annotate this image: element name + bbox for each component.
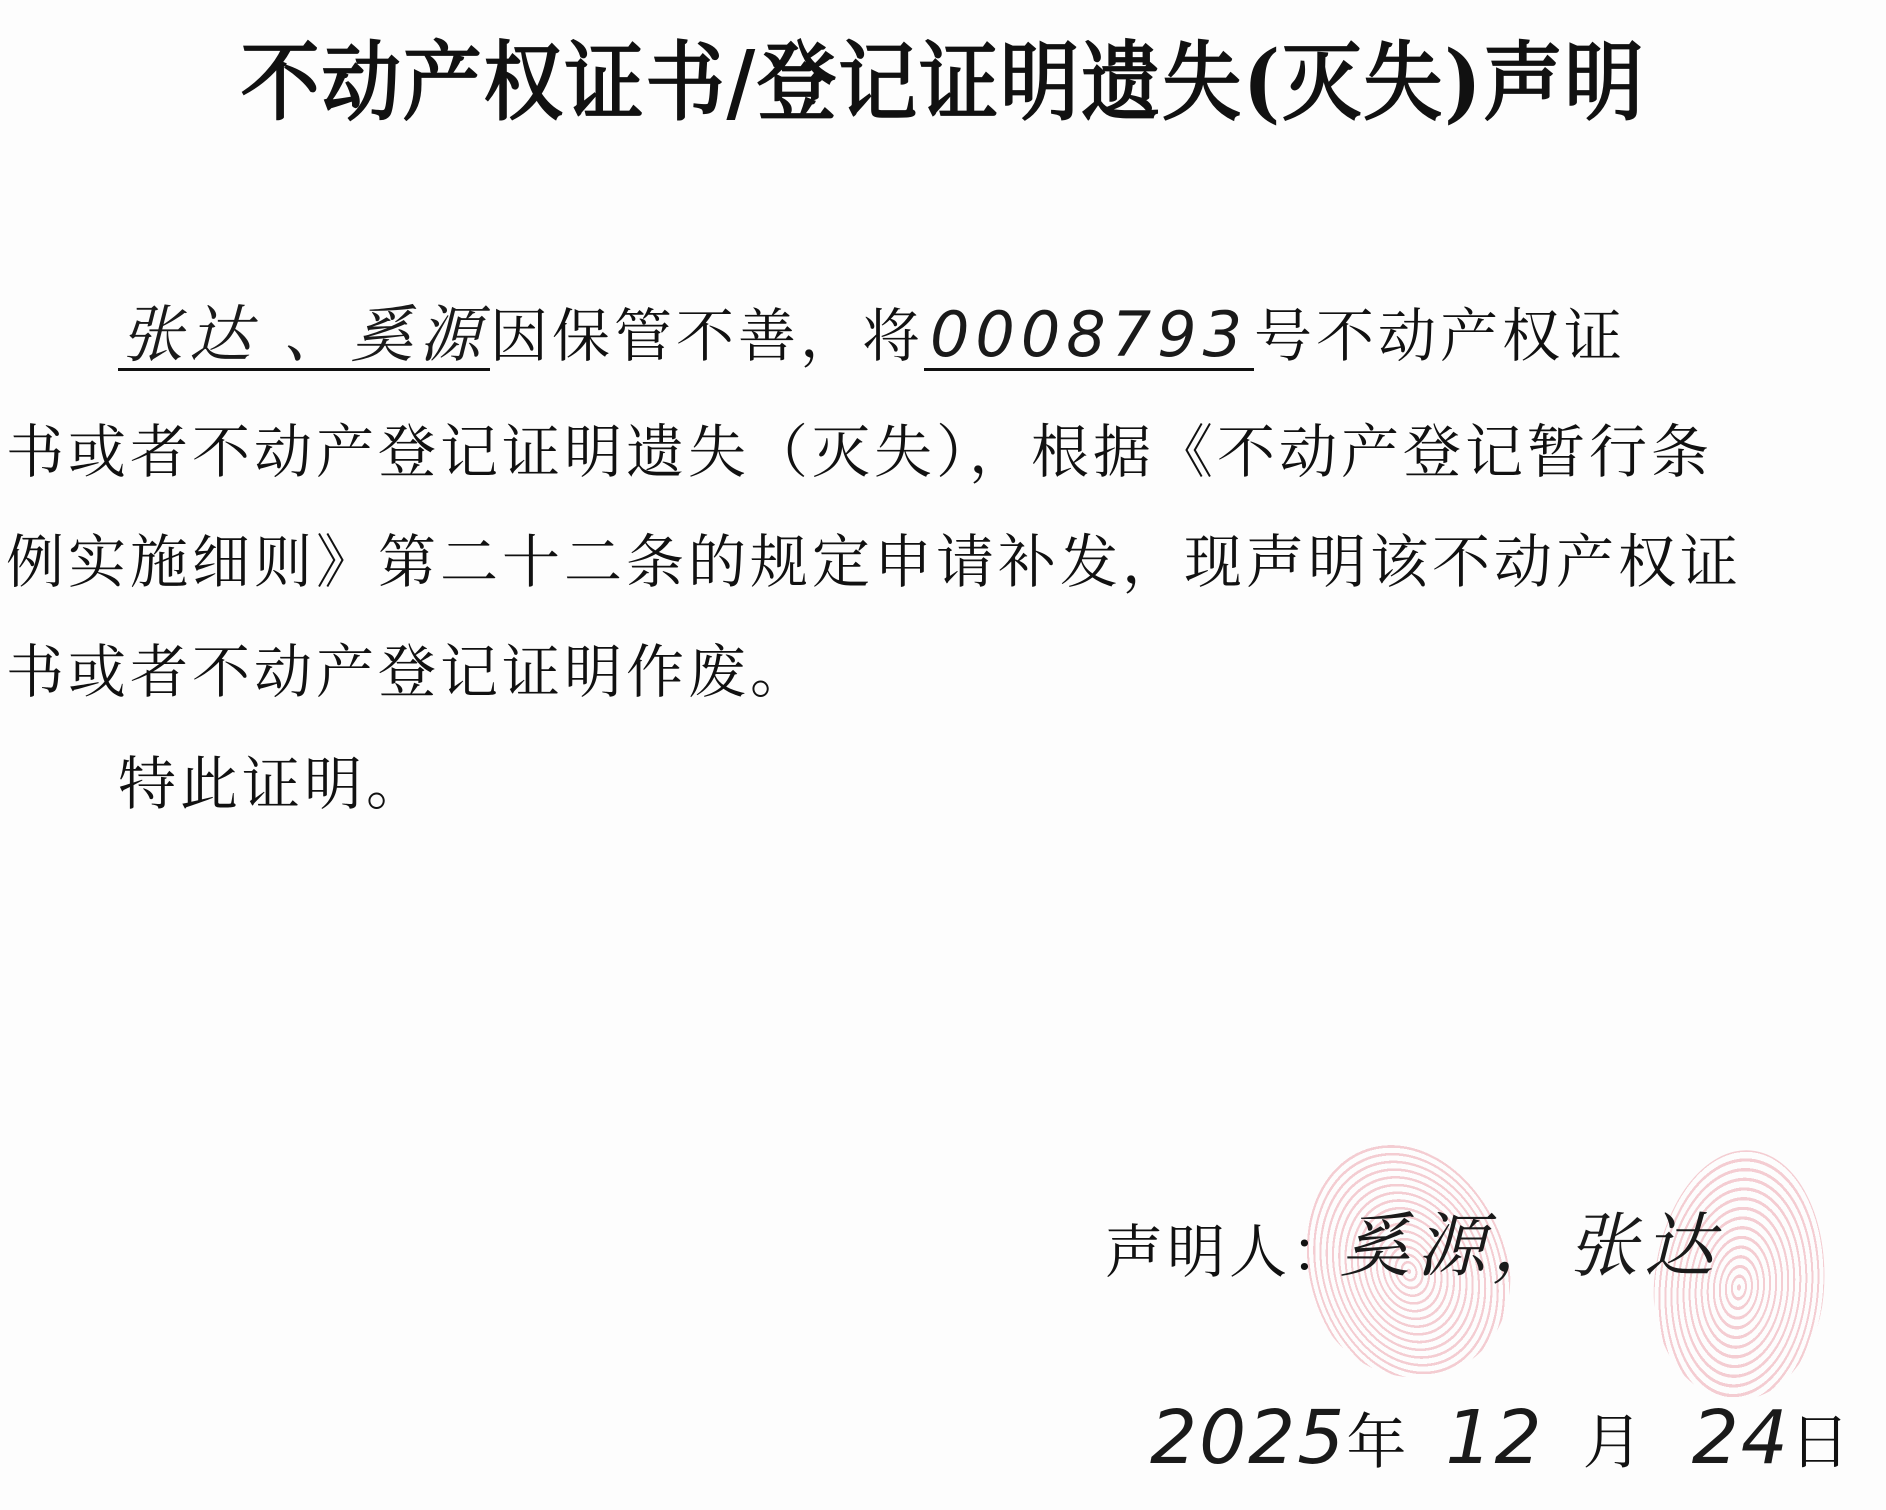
date-day: 24 — [1692, 1395, 1790, 1481]
declarant-label: 声明人： — [1105, 1205, 1353, 1289]
date-month: 12 — [1445, 1395, 1543, 1481]
paragraph-line-3: 例实施细则》第二十二条的规定申请补发，现声明该不动产权证 — [6, 526, 1742, 598]
date-year: 2025 — [1150, 1395, 1346, 1481]
line1-text: 因保管不善，将 — [490, 302, 924, 370]
paragraph-line-1: 张达 、奚源 因保管不善，将 0008793 号不动产权证 — [118, 300, 1626, 372]
certificate-number-handwritten: 0008793 — [930, 298, 1248, 371]
paragraph-line-4: 书或者不动产登记证明作废。 — [6, 636, 812, 708]
declarant-signatures-handwritten: 奚源，张达 — [1340, 1190, 1720, 1291]
declarant-names-handwritten: 张达 、奚源 — [121, 298, 487, 371]
document-title: 不动产权证书/登记证明遗失(灭失)声明 — [75, 28, 1810, 138]
certificate-number-blank: 0008793 — [924, 303, 1254, 371]
date-day-unit: 日 — [1790, 1408, 1850, 1478]
declaration-date: 2025年 12 月 24日 — [1150, 1395, 1850, 1481]
date-year-unit: 年 — [1346, 1408, 1406, 1478]
line1-end-text: 号不动产权证 — [1254, 302, 1626, 370]
declarant-names-blank: 张达 、奚源 — [118, 303, 490, 371]
closing-statement: 特此证明。 — [118, 748, 428, 820]
date-month-unit: 月 — [1583, 1408, 1643, 1478]
paragraph-line-2: 书或者不动产登记证明遗失（灭失），根据《不动产登记暂行条 — [6, 416, 1713, 488]
